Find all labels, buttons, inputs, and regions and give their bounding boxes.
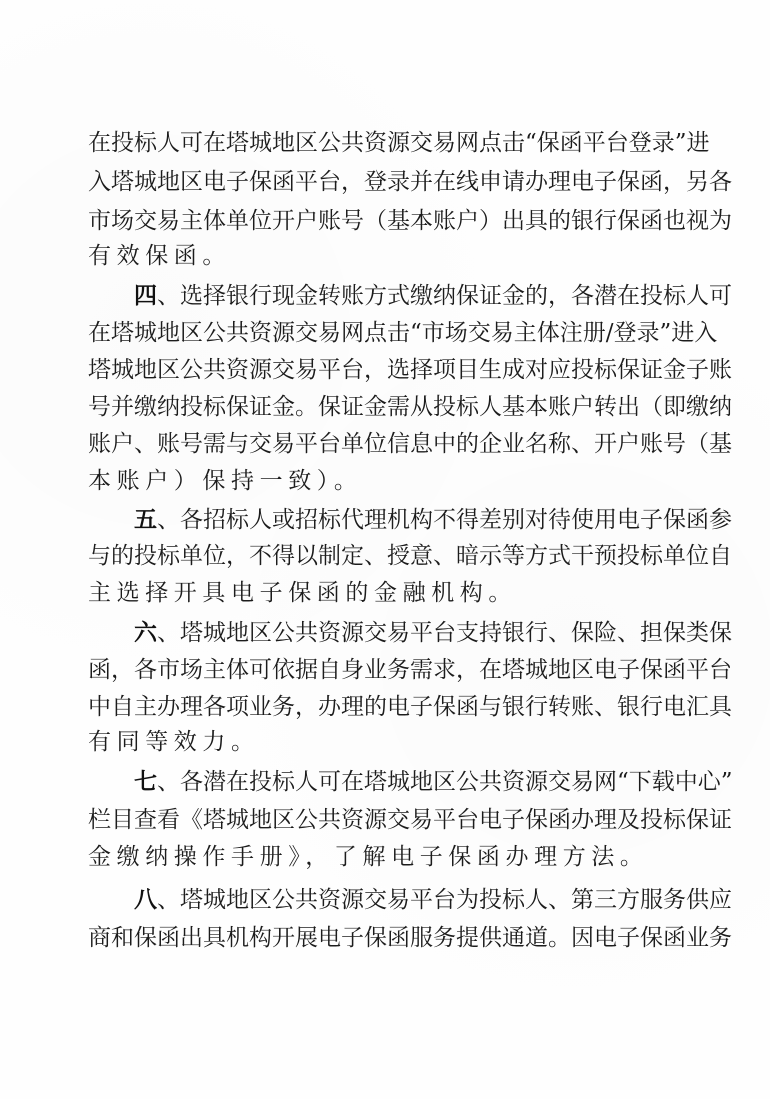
text-line: 商和保函出具机构开展电子保函服务提供通道。因电子保函业务 — [88, 923, 680, 953]
text-line: 主选择开具电子保函的金融机构。 — [88, 578, 680, 608]
text-line: 金缴纳操作手册》，了解电子保函办理方法。 — [88, 842, 680, 872]
text-line: 、塔城地区公共资源交易平台为投标人、第三方服务供应 — [157, 887, 732, 913]
section-ordinal: 五 — [134, 506, 157, 533]
text-line: 有效保函。 — [88, 241, 680, 271]
text-line: 有同等效力。 — [88, 727, 680, 757]
text-line-first: 六、塔城地区公共资源交易平台支持银行、保险、担保类保 — [134, 618, 680, 648]
text-line: 市场交易主体单位开户账号（基本账户）出具的银行保函也视为 — [88, 206, 680, 236]
text-line: 中自主办理各项业务，办理的电子保函与银行转账、银行电汇具 — [88, 692, 680, 722]
text-line: 栏目查看《塔城地区公共资源交易平台电子保函办理及投标保证 — [88, 805, 680, 835]
section-ordinal: 四 — [134, 282, 157, 309]
text-line: 号并缴纳投标保证金。保证金需从投标人基本账户转出（即缴纳 — [88, 392, 680, 422]
text-line-first: 七、各潜在投标人可在塔城地区公共资源交易网“下载中心” — [134, 767, 680, 797]
text-line: 、各招标人或招标代理机构不得差别对待使用电子保函参 — [157, 507, 732, 533]
text-line: 账户、账号需与交易平台单位信息中的企业名称、开户账号（基 — [88, 429, 680, 459]
text-line: 、选择银行现金转账方式缴纳保证金的，各潜在投标人可 — [157, 283, 732, 309]
document-page: 在投标人可在塔城地区公共资源交易网点击“保函平台登录”进 入塔城地区电子保函平台… — [0, 0, 770, 1099]
section-ordinal: 六 — [134, 619, 157, 646]
text-line-first: 四、选择银行现金转账方式缴纳保证金的，各潜在投标人可 — [134, 281, 680, 311]
text-line-first: 五、各招标人或招标代理机构不得差别对待使用电子保函参 — [134, 505, 680, 535]
text-line: 本账户）保持一致）。 — [88, 466, 680, 496]
text-line-first: 八、塔城地区公共资源交易平台为投标人、第三方服务供应 — [134, 885, 680, 915]
text-line: 函，各市场主体可依据自身业务需求，在塔城地区电子保函平台 — [88, 655, 680, 685]
text-line: 塔城地区公共资源交易平台，选择项目生成对应投标保证金子账 — [88, 355, 680, 385]
section-ordinal: 七 — [134, 768, 157, 795]
text-line: 在塔城地区公共资源交易网点击“市场交易主体注册/登录”进入 — [88, 318, 680, 348]
text-line: 入塔城地区电子保函平台，登录并在线申请办理电子保函，另各 — [88, 167, 680, 197]
section-ordinal: 八 — [134, 886, 157, 913]
text-line: 、各潜在投标人可在塔城地区公共资源交易网“下载中心” — [157, 769, 733, 795]
text-line: 在投标人可在塔城地区公共资源交易网点击“保函平台登录”进 — [88, 128, 680, 158]
text-line: 、塔城地区公共资源交易平台支持银行、保险、担保类保 — [157, 620, 732, 646]
text-line: 与的投标单位，不得以制定、授意、暗示等方式干预投标单位自 — [88, 541, 680, 571]
